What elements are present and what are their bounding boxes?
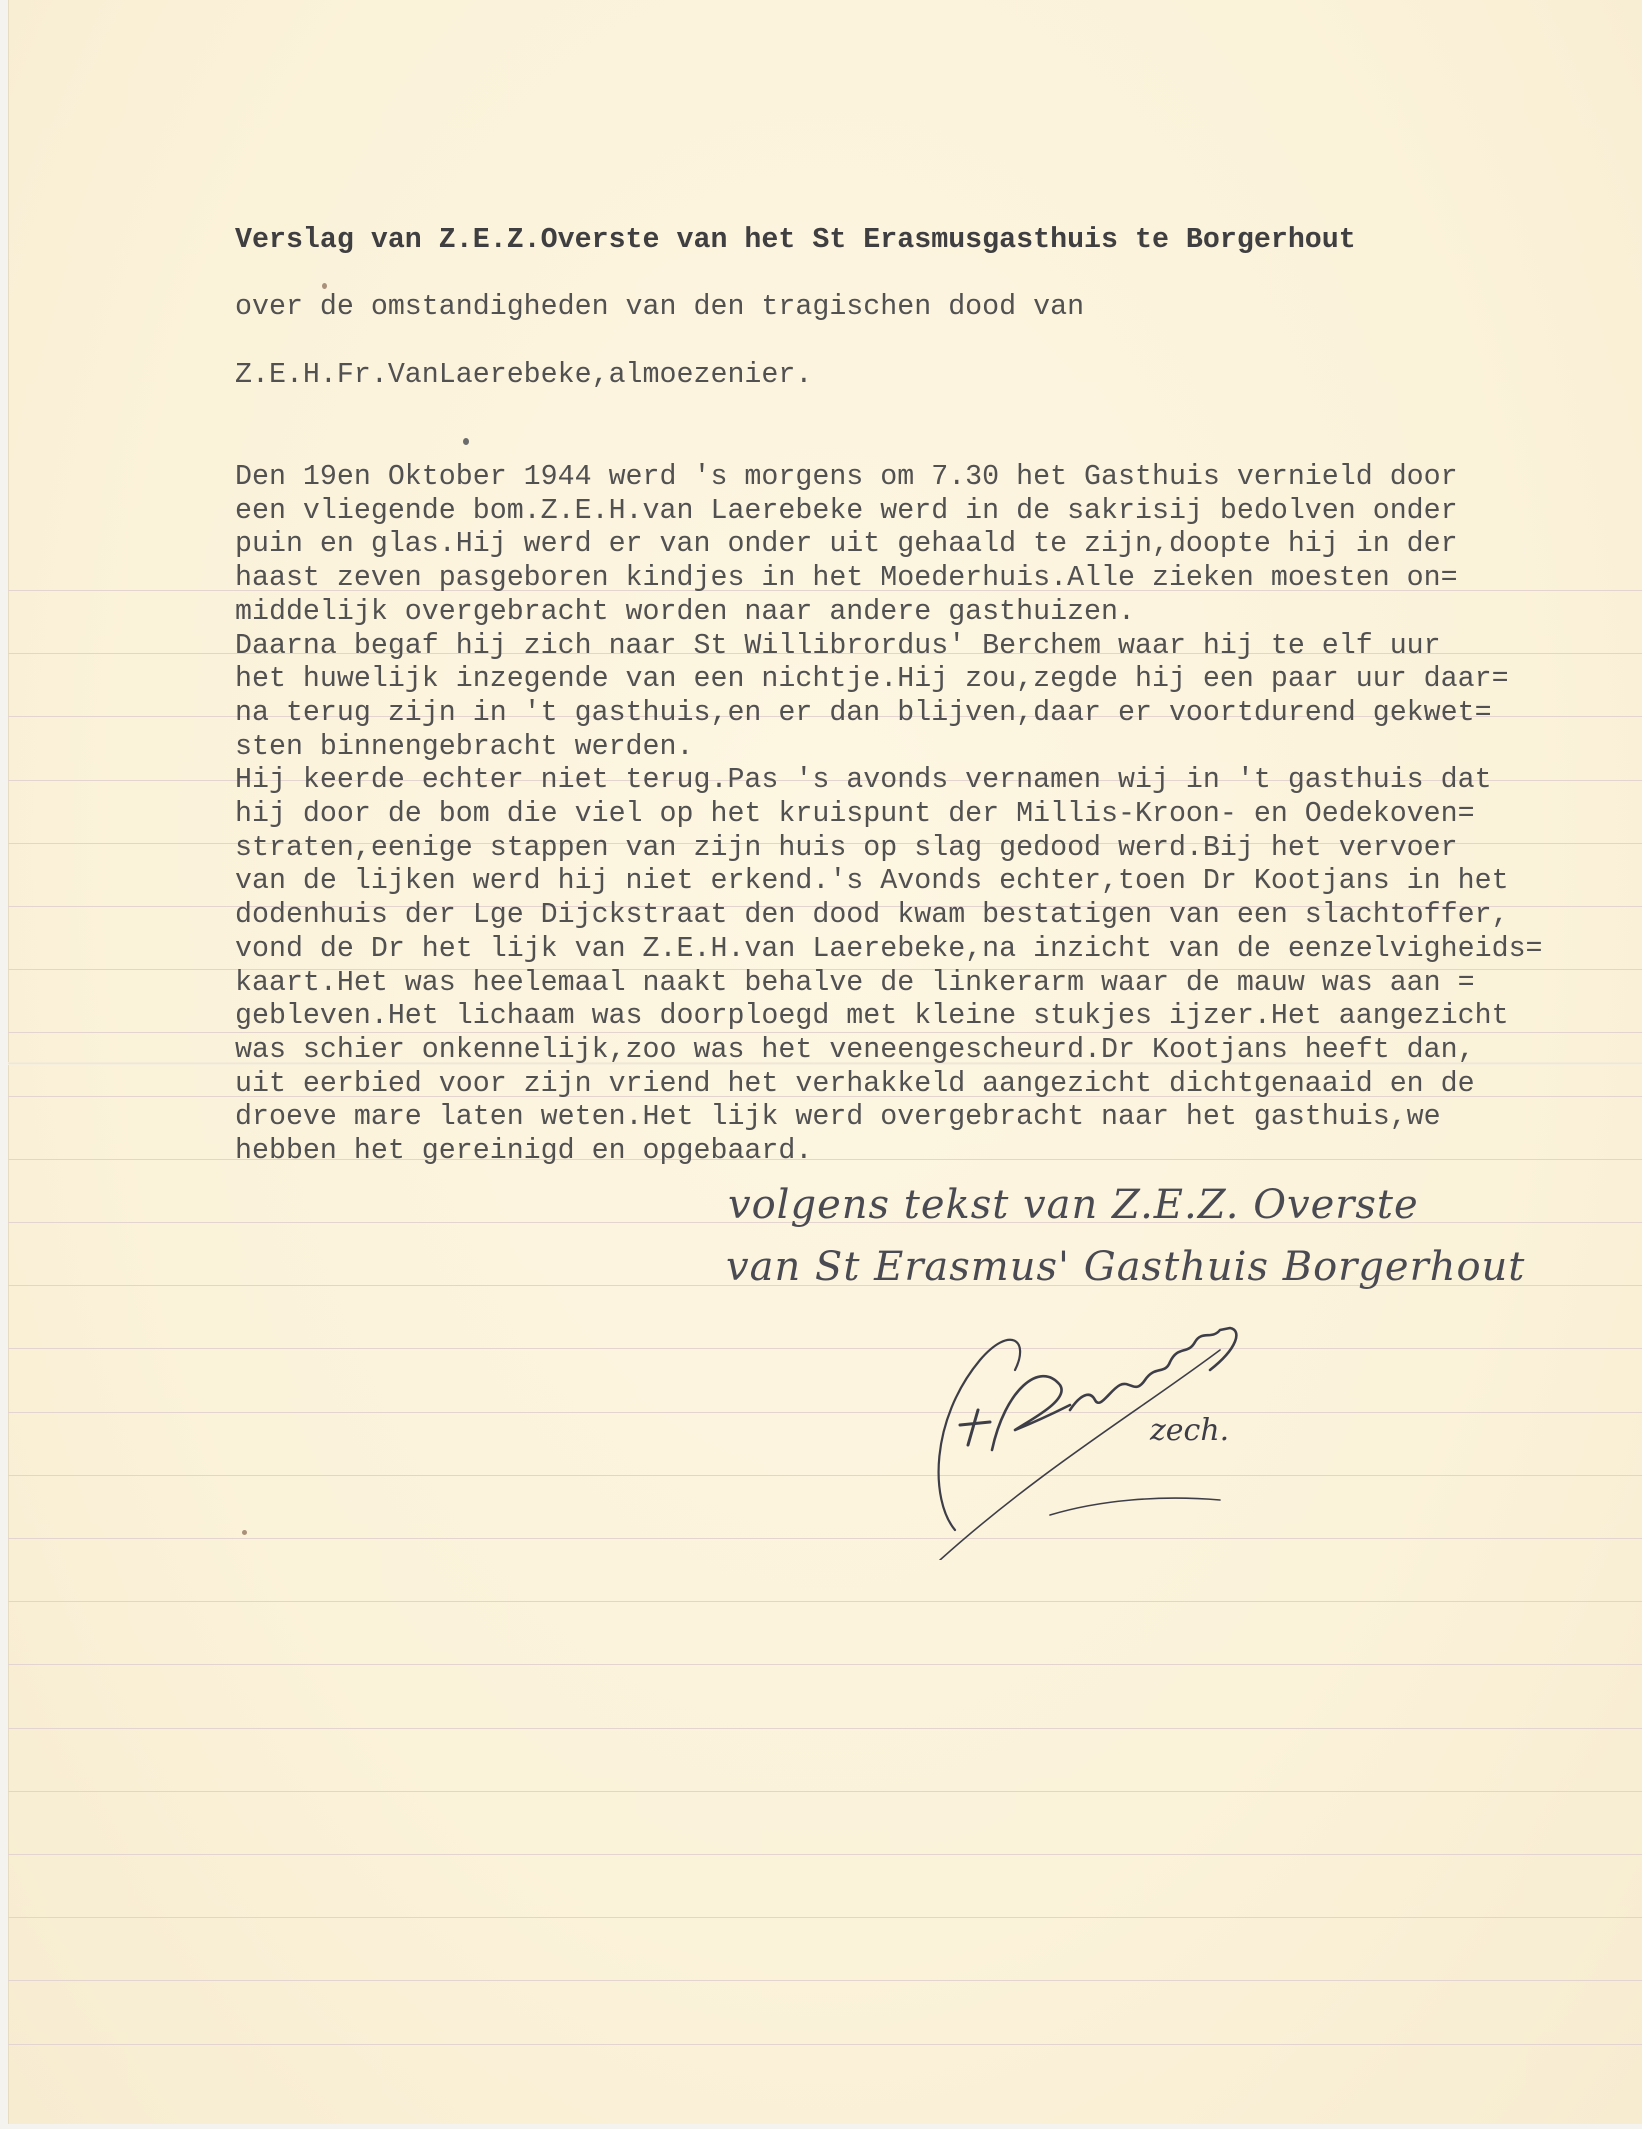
handwritten-note-line-1: volgens tekst van Z.E.Z. Overste — [728, 1182, 1419, 1228]
body-line: van de lijken werd hij niet erkend.'s Av… — [235, 863, 1509, 900]
body-line: gebleven.Het lichaam was doorploegd met … — [235, 998, 1509, 1035]
body-line: sten binnengebracht werden. — [235, 729, 693, 766]
ruled-line — [8, 1728, 1642, 1729]
ruled-line — [8, 1412, 1642, 1413]
ruled-line — [8, 1538, 1642, 1539]
ruled-line — [8, 1601, 1642, 1602]
heading-line-1: Verslag van Z.E.Z.Overste van het St Era… — [235, 224, 1356, 256]
handwritten-note-line-2: van St Erasmus' Gasthuis Borgerhout — [726, 1244, 1525, 1290]
body-line: hebben het gereinigd en opgebaard. — [235, 1133, 812, 1170]
ruled-line — [8, 1980, 1642, 1981]
body-line: middelijk overgebracht worden naar ander… — [235, 594, 1135, 631]
signature-suffix: zech. — [1149, 1413, 1229, 1448]
ruled-line — [8, 1475, 1642, 1476]
heading-line-2: over de omstandigheden van den tragische… — [235, 291, 1084, 323]
body-line: uit eerbied voor zijn vriend het verhakk… — [235, 1066, 1475, 1103]
body-line: dodenhuis der Lge Dijckstraat den dood k… — [235, 897, 1509, 934]
ruled-line — [8, 2044, 1642, 2045]
body-line: kaart.Het was heelemaal naakt behalve de… — [235, 965, 1475, 1002]
body-line: vond de Dr het lijk van Z.E.H.van Laereb… — [235, 931, 1543, 968]
ruled-line — [8, 1791, 1642, 1792]
body-line: Den 19en Oktober 1944 werd 's morgens om… — [235, 459, 1458, 496]
paper-speck — [463, 438, 469, 445]
ruled-line — [8, 1348, 1642, 1349]
ruled-line — [8, 1854, 1642, 1855]
paper-speck — [242, 1530, 247, 1535]
scan-left-edge — [0, 0, 8, 2129]
body-line: droeve mare laten weten.Het lijk werd ov… — [235, 1099, 1441, 1136]
body-line: was schier onkennelijk,zoo was het venee… — [235, 1032, 1475, 1069]
body-line: hij door de bom die viel op het kruispun… — [235, 796, 1475, 833]
body-line: Daarna begaf hij zich naar St Willibrord… — [235, 628, 1441, 665]
ruled-line — [8, 1917, 1642, 1918]
signature-flourish: zech. — [920, 1300, 1370, 1560]
body-line: na terug zijn in 't gasthuis,en er dan b… — [235, 695, 1492, 732]
ruled-line — [8, 1664, 1642, 1665]
scan-bottom-edge — [0, 2124, 1642, 2129]
body-line: het huwelijk inzegende van een nichtje.H… — [235, 661, 1509, 698]
heading-line-3: Z.E.H.Fr.VanLaerebeke,almoezenier. — [235, 359, 812, 391]
body-line: straten,eenige stappen van zijn huis op … — [235, 830, 1458, 867]
paper-speck — [322, 283, 327, 289]
body-line: een vliegende bom.Z.E.H.van Laerebeke we… — [235, 493, 1458, 530]
body-line: haast zeven pasgeboren kindjes in het Mo… — [235, 560, 1458, 597]
body-line: Hij keerde echter niet terug.Pas 's avon… — [235, 762, 1492, 799]
body-line: puin en glas.Hij werd er van onder uit g… — [235, 526, 1458, 563]
